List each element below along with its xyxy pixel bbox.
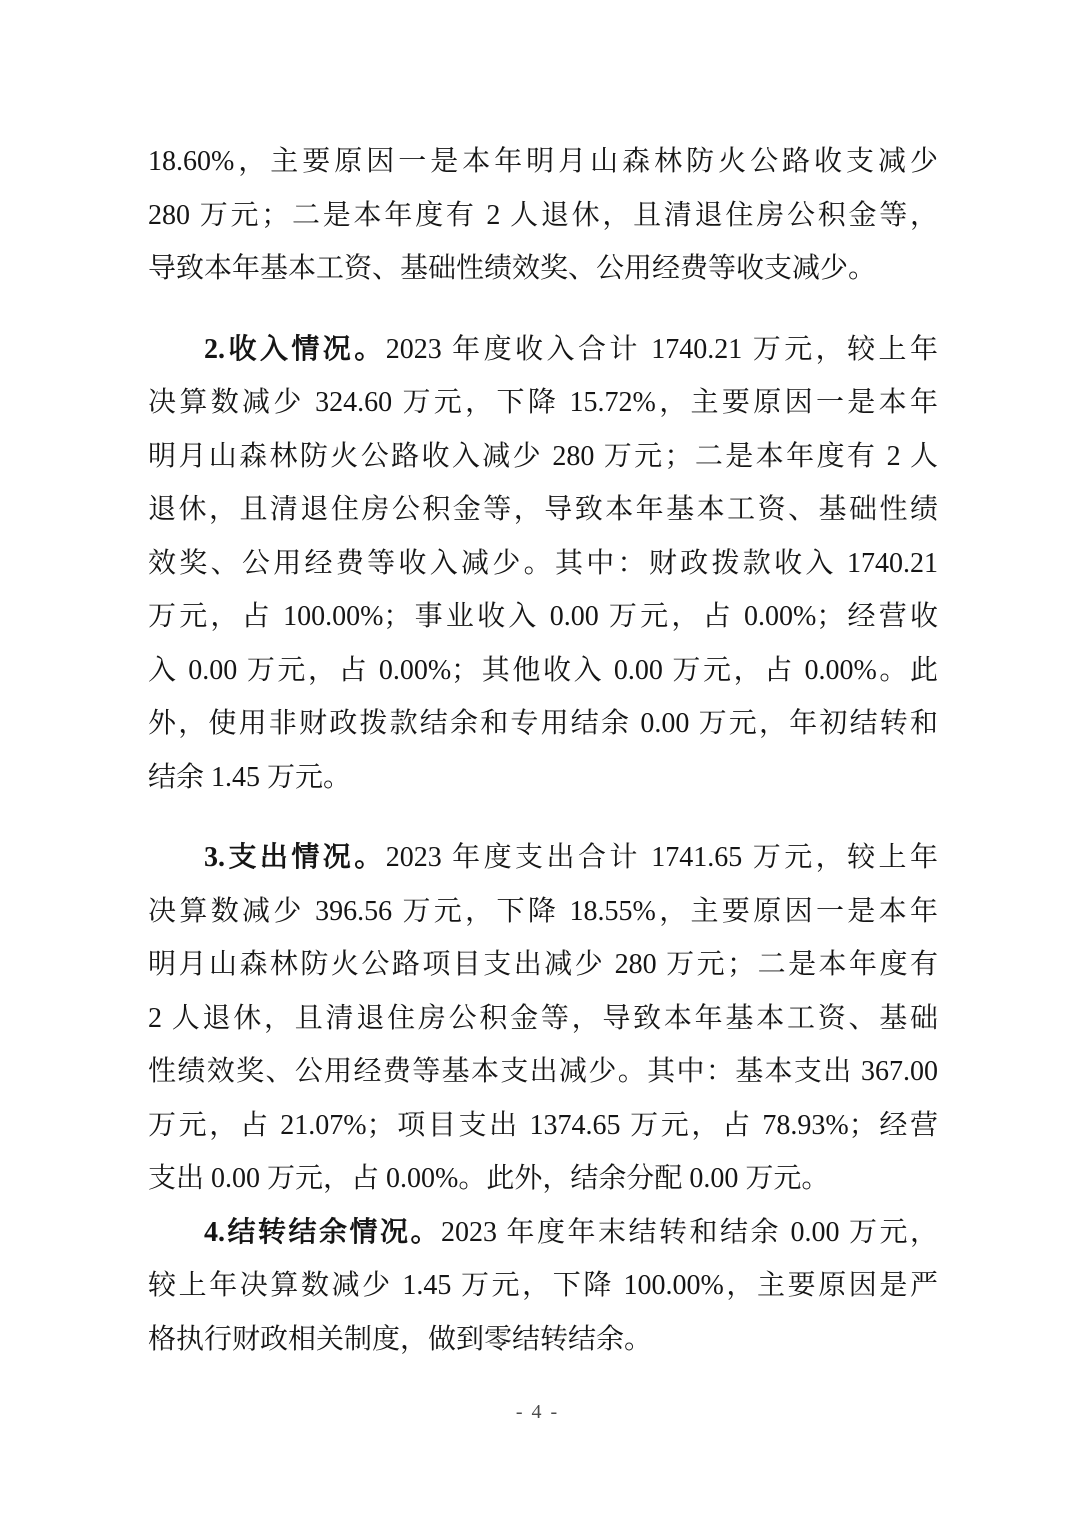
text-line-content: 2023 年度收入合计 1740.21 万元，较上年 bbox=[386, 334, 938, 365]
paragraph-heading-label: 2.收入情况。 bbox=[204, 334, 386, 365]
text-line-content: 2023 年度年末结转和结余 0.00 万元， bbox=[441, 1217, 938, 1248]
text-line: 性绩效奖、公用经费等基本支出减少。其中：基本支出 367.00 bbox=[148, 1045, 938, 1099]
text-line-content: 2023 年度支出合计 1741.65 万元，较上年 bbox=[386, 842, 938, 873]
para-carryover: 4.结转结余情况。2023 年度年末结转和结余 0.00 万元，较上年决算数减少… bbox=[148, 1206, 938, 1367]
text-line: 万元，占 21.07%；项目支出 1374.65 万元，占 78.93%；经营 bbox=[148, 1099, 938, 1153]
para-expenditure: 3.支出情况。2023 年度支出合计 1741.65 万元，较上年决算数减少 3… bbox=[148, 831, 938, 1206]
first-line-indent bbox=[148, 357, 204, 358]
text-line: 决算数减少 396.56 万元，下降 18.55%，主要原因一是本年 bbox=[148, 885, 938, 939]
text-line-content: 18.60%，主要原因一是本年明月山森林防火公路收支减少 bbox=[148, 146, 938, 177]
document-page: 18.60%，主要原因一是本年明月山森林防火公路收支减少280 万元；二是本年度… bbox=[0, 0, 1075, 1520]
text-line: 导致本年基本工资、基础性绩效奖、公用经费等收支减少。 bbox=[148, 242, 938, 296]
text-line: 4.结转结余情况。2023 年度年末结转和结余 0.00 万元， bbox=[148, 1206, 938, 1260]
document-text-block: 18.60%，主要原因一是本年明月山森林防火公路收支减少280 万元；二是本年度… bbox=[148, 135, 938, 1366]
page-number: - 4 - bbox=[0, 1399, 1075, 1425]
text-line: 较上年决算数减少 1.45 万元，下降 100.00%，主要原因是严 bbox=[148, 1259, 938, 1313]
text-line: 万元，占 100.00%；事业收入 0.00 万元，占 0.00%；经营收 bbox=[148, 590, 938, 644]
text-line: 3.支出情况。2023 年度支出合计 1741.65 万元，较上年 bbox=[148, 831, 938, 885]
text-line: 明月山森林防火公路收入减少 280 万元；二是本年度有 2 人 bbox=[148, 430, 938, 484]
text-line: 格执行财政相关制度，做到零结转结余。 bbox=[148, 1313, 938, 1367]
text-line: 280 万元；二是本年度有 2 人退休，且清退住房公积金等， bbox=[148, 189, 938, 243]
text-line: 外，使用非财政拨款结余和专用结余 0.00 万元，年初结转和 bbox=[148, 697, 938, 751]
text-line: 18.60%，主要原因一是本年明月山森林防火公路收支减少 bbox=[148, 135, 938, 189]
paragraph-heading-label: 4.结转结余情况。 bbox=[204, 1217, 441, 1248]
text-line: 支出 0.00 万元，占 0.00%。此外，结余分配 0.00 万元。 bbox=[148, 1152, 938, 1206]
text-line: 2 人退休，且清退住房公积金等，导致本年基本工资、基础 bbox=[148, 992, 938, 1046]
text-line: 明月山森林防火公路项目支出减少 280 万元；二是本年度有 bbox=[148, 938, 938, 992]
para-overview-continued: 18.60%，主要原因一是本年明月山森林防火公路收支减少280 万元；二是本年度… bbox=[148, 135, 938, 296]
first-line-indent bbox=[148, 1240, 204, 1241]
text-line: 结余 1.45 万元。 bbox=[148, 751, 938, 805]
paragraph-heading-label: 3.支出情况。 bbox=[204, 842, 386, 873]
first-line-indent bbox=[148, 865, 204, 866]
text-line: 退休，且清退住房公积金等，导致本年基本工资、基础性绩 bbox=[148, 483, 938, 537]
text-line: 决算数减少 324.60 万元，下降 15.72%，主要原因一是本年 bbox=[148, 376, 938, 430]
text-line: 入 0.00 万元，占 0.00%；其他收入 0.00 万元，占 0.00%。此 bbox=[148, 644, 938, 698]
text-line: 效奖、公用经费等收入减少。其中：财政拨款收入 1740.21 bbox=[148, 537, 938, 591]
text-line: 2.收入情况。2023 年度收入合计 1740.21 万元，较上年 bbox=[148, 323, 938, 377]
para-income: 2.收入情况。2023 年度收入合计 1740.21 万元，较上年决算数减少 3… bbox=[148, 323, 938, 805]
